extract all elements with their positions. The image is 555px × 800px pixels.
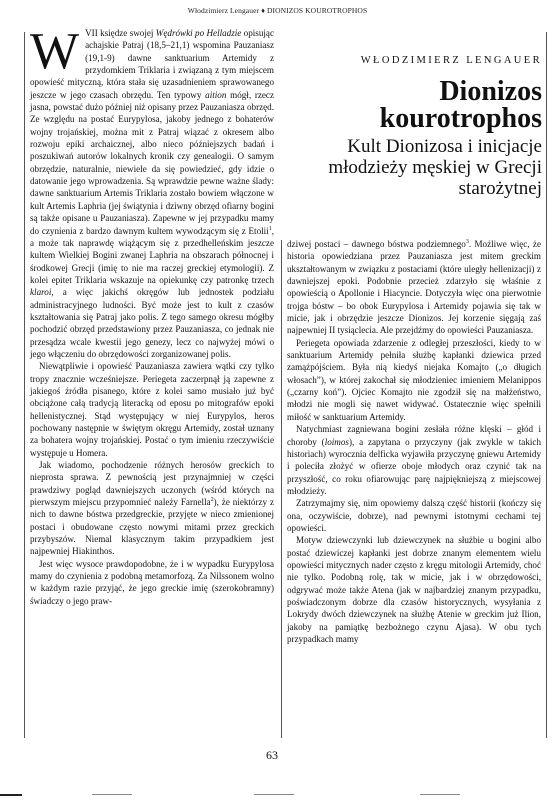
paragraph: Zatrzymajmy się, nim opowiemy dalszą czę… <box>287 497 541 534</box>
paragraph: dziwej postaci – dawnego bóstwa podziemn… <box>287 238 541 337</box>
running-head: Włodzimierz Lengauer ♦ DIONIZOS KOUROTRO… <box>0 6 555 15</box>
article-header: WŁODZIMIERZ LENGAUER Dionizos kourotroph… <box>290 55 542 199</box>
paragraph: Niewątpliwie i opowieść Pauzaniasza zawi… <box>30 360 274 459</box>
paragraph: Motyw dziewczynki lub dziewczynek na słu… <box>287 534 541 645</box>
right-column: dziwej postaci – dawnego bóstwa podziemn… <box>287 238 541 645</box>
scan-mark <box>0 794 22 796</box>
article-title: Dionizos kourotrophos <box>290 78 542 132</box>
column-divider <box>281 240 282 738</box>
paragraph: Jak wiadomo, pochodzenie różnych herosów… <box>30 459 274 558</box>
paragraph: Jest więc wysoce prawdopodobne, że i w w… <box>30 558 274 607</box>
author-name: WŁODZIMIERZ LENGAUER <box>290 55 542 66</box>
left-column: WVII księdze swojej Wędrówki po Helladzi… <box>30 27 274 607</box>
page-number: 63 <box>266 748 278 763</box>
scan-mark <box>92 794 132 795</box>
left-margin-rule <box>24 32 25 738</box>
paragraph: Periegeta opowiada zdarzenie z odległej … <box>287 337 541 423</box>
paragraph: Natychmiast zagniewana bogini zesłała ró… <box>287 423 541 497</box>
scan-mark <box>420 794 460 795</box>
right-margin-rule <box>546 32 547 738</box>
scan-mark <box>254 794 294 795</box>
paragraph: WVII księdze swojej Wędrówki po Helladzi… <box>30 27 274 360</box>
drop-cap: W <box>30 29 79 71</box>
article-subtitle: Kult Dionizosa i inicjacje młodzieży męs… <box>290 136 542 199</box>
